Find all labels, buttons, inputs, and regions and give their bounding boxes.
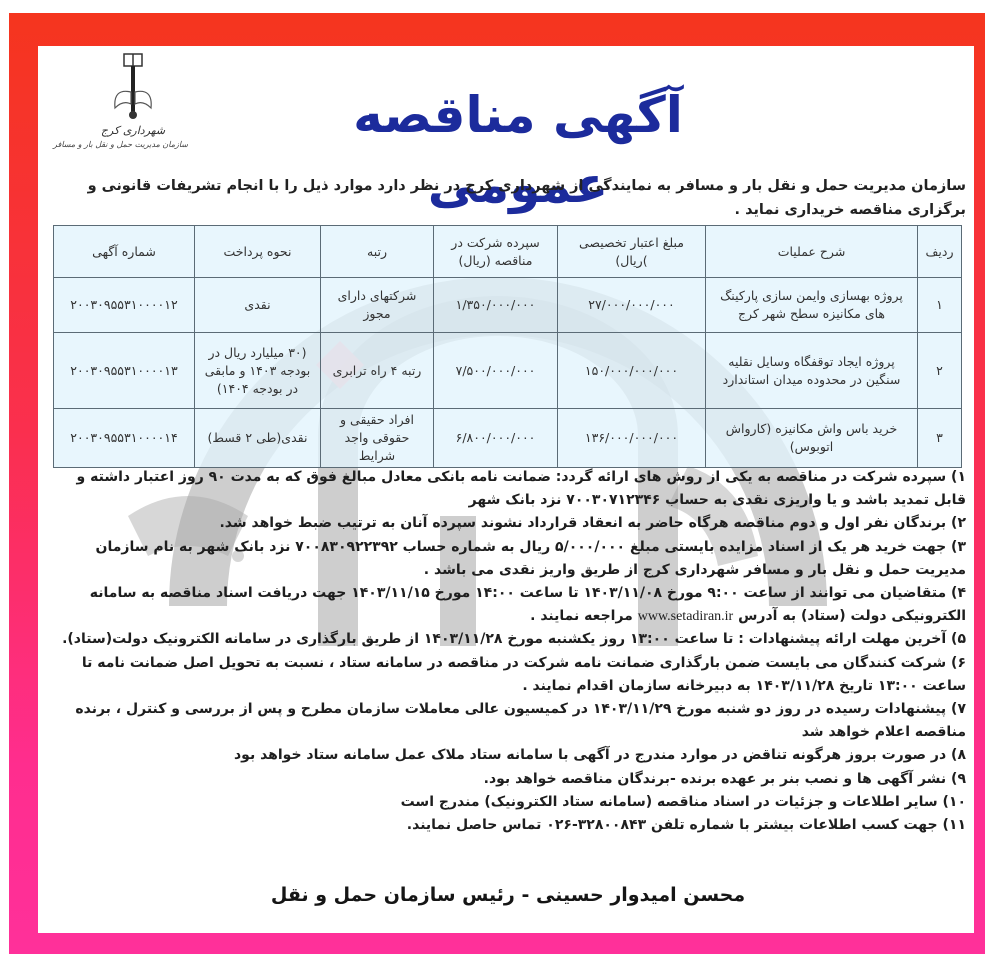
logo-org-name: سازمان مدیریت حمل و نقل بار و مسافر: [78, 140, 188, 149]
header-notice-number: شماره آگهی: [54, 226, 195, 278]
cell-description: پروژه بهسازی وایمن سازی پارکینگ های مکان…: [706, 278, 918, 333]
term-item: ۲) برندگان نفر اول و دوم مناقصه هرگاه حا…: [44, 512, 966, 535]
cell-notice-number: ۲۰۰۳۰۹۵۵۳۱۰۰۰۰۱۳: [54, 333, 195, 409]
logo-city-name: شهرداری کرج: [78, 124, 188, 137]
setadiran-link[interactable]: www.setadiran.ir: [638, 609, 734, 624]
term-item: ۷) پیشنهادات رسیده در روز دو شنبه مورخ ۱…: [44, 698, 966, 744]
municipality-logo: شهرداری کرج سازمان مدیریت حمل و نقل بار …: [78, 52, 188, 172]
term-item: ۵) آخرین مهلت ارائه پیشنهادات : تا ساعت …: [44, 628, 966, 651]
cell-description: خرید باس واش مکانیزه (کارواش اتوبوس): [706, 409, 918, 468]
header-description: شرح عملیات: [706, 226, 918, 278]
term-item: ۶) شرکت کنندگان می بایست ضمن بارگذاری ضم…: [44, 652, 966, 698]
ad-panel: شهرداری کرج سازمان مدیریت حمل و نقل بار …: [38, 46, 974, 933]
cell-deposit: ۷/۵۰۰/۰۰۰/۰۰۰: [434, 333, 558, 409]
cell-deposit: ۶/۸۰۰/۰۰۰/۰۰۰: [434, 409, 558, 468]
rank-highlight: رتبه ۴ راه ترابری: [333, 362, 422, 380]
ad-frame: شهرداری کرج سازمان مدیریت حمل و نقل بار …: [9, 13, 985, 954]
karaj-municipality-emblem-icon: [105, 52, 161, 122]
intro-paragraph: سازمان مدیریت حمل و نقل بار و مسافر به ن…: [46, 174, 966, 222]
term-item: ۹) نشر آگهی ها و نصب بنر بر عهده برنده -…: [44, 768, 966, 791]
term-item: ۱) سپرده شرکت در مناقصه به یکی از روش ها…: [44, 466, 966, 512]
cell-payment: نقدی(طی ۲ قسط): [195, 409, 321, 468]
cell-deposit: ۱/۳۵۰/۰۰۰/۰۰۰: [434, 278, 558, 333]
cell-budget: ۱۳۶/۰۰۰/۰۰۰/۰۰۰: [558, 409, 706, 468]
table-row: ۳ خرید باس واش مکانیزه (کارواش اتوبوس) ۱…: [54, 409, 962, 468]
terms-list: ۱) سپرده شرکت در مناقصه به یکی از روش ها…: [44, 466, 966, 837]
cell-description: پروژه ایجاد توقفگاه وسایل نقلیه سنگین در…: [706, 333, 918, 409]
cell-payment: نقدی: [195, 278, 321, 333]
cell-row-number: ۳: [918, 409, 962, 468]
term-item: ۱۰) سایر اطلاعات و جزئیات در اسناد مناقص…: [44, 791, 966, 814]
header-row-number: ردیف: [918, 226, 962, 278]
signature: محسن امیدوار حسینی - رئیس سازمان حمل و ن…: [268, 884, 748, 906]
cell-row-number: ۱: [918, 278, 962, 333]
header-payment: نحوه پرداخت: [195, 226, 321, 278]
term-item: ۱۱) جهت کسب اطلاعات بیشتر با شماره تلفن …: [44, 814, 966, 837]
cell-payment: (۳۰ میلیارد ریال در بودجه ۱۴۰۳ و مابقی د…: [195, 333, 321, 409]
tender-table: ردیف شرح عملیات مبلغ اعتبار تخصیصی )ریال…: [53, 225, 962, 468]
cell-budget: ۱۵۰/۰۰۰/۰۰۰/۰۰۰: [558, 333, 706, 409]
header-budget: مبلغ اعتبار تخصیصی )ریال): [558, 226, 706, 278]
term-4-suffix: مراجعه نمایند .: [530, 608, 633, 624]
table-header-row: ردیف شرح عملیات مبلغ اعتبار تخصیصی )ریال…: [54, 226, 962, 278]
cell-budget: ۲۷/۰۰۰/۰۰۰/۰۰۰: [558, 278, 706, 333]
cell-notice-number: ۲۰۰۳۰۹۵۵۳۱۰۰۰۰۱۲: [54, 278, 195, 333]
term-item: ۸) در صورت بروز هرگونه تناقض در موارد من…: [44, 744, 966, 767]
cell-notice-number: ۲۰۰۳۰۹۵۵۳۱۰۰۰۰۱۴: [54, 409, 195, 468]
cell-rank: رتبه ۴ راه ترابری: [321, 333, 434, 409]
header-rank: رتبه: [321, 226, 434, 278]
term-item: ۴) متقاضیان می توانند از ساعت ۹:۰۰ مورخ …: [44, 582, 966, 628]
header-deposit: سپرده شرکت در مناقصه (ریال): [434, 226, 558, 278]
table-row: ۱ پروژه بهسازی وایمن سازی پارکینگ های مک…: [54, 278, 962, 333]
term-item: ۳) جهت خرید هر یک از اسناد مزایده بایستی…: [44, 536, 966, 582]
cell-rank: افراد حقیقی و حقوقی واجد شرایط: [321, 409, 434, 468]
cell-row-number: ۲: [918, 333, 962, 409]
term-4-text: ۴) متقاضیان می توانند از ساعت ۹:۰۰ مورخ …: [90, 585, 966, 624]
cell-rank: شرکتهای دارای مجوز: [321, 278, 434, 333]
table-row: ۲ پروژه ایجاد توقفگاه وسایل نقلیه سنگین …: [54, 333, 962, 409]
